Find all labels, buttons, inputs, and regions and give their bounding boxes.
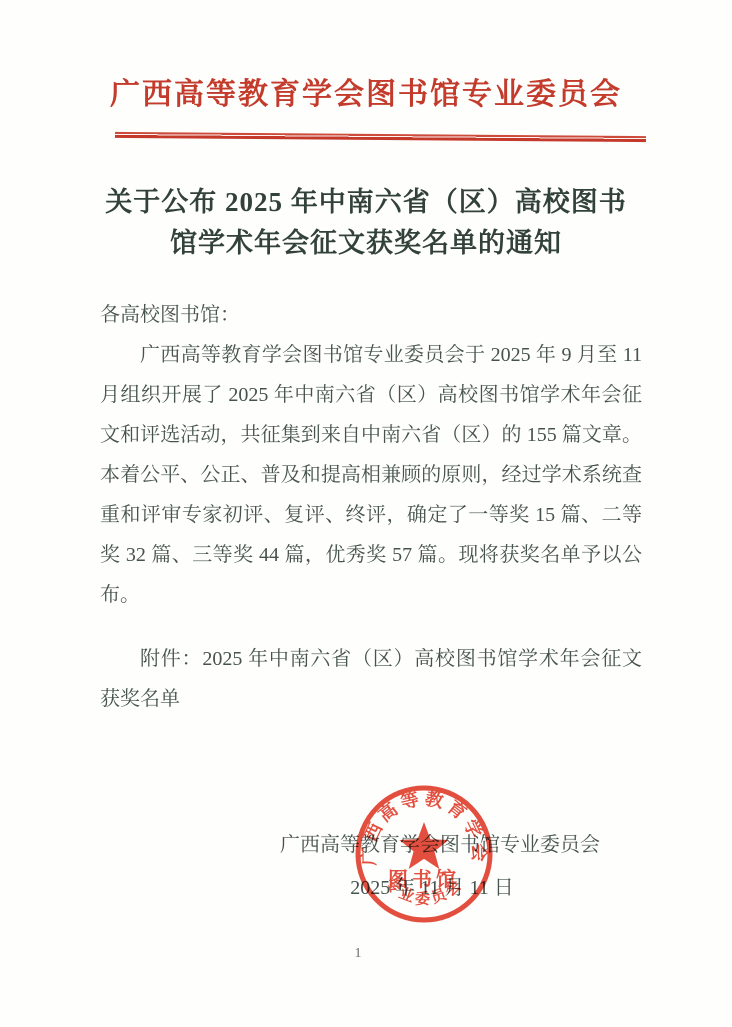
letterhead-divider bbox=[115, 132, 646, 142]
notice-title-line-1: 关于公布 2025 年中南六省（区）高校图书 bbox=[0, 182, 732, 223]
body-paragraph: 广西高等教育学会图书馆专业委员会于 2025 年 9 月至 11 月组织开展了 … bbox=[100, 335, 642, 615]
attachment-line: 附件：2025 年中南六省（区）高校图书馆学术年会征文获奖名单 bbox=[100, 639, 642, 719]
notice-title: 关于公布 2025 年中南六省（区）高校图书 馆学术年会征文获奖名单的通知 bbox=[0, 182, 732, 264]
signature-date: 2025 年 11 月 11 日 bbox=[332, 873, 532, 903]
signature-organization: 广西高等教育学会图书馆专业委员会 bbox=[280, 830, 600, 860]
page-number: 1 bbox=[0, 946, 716, 962]
salutation: 各高校图书馆： bbox=[100, 295, 642, 335]
notice-body: 各高校图书馆： 广西高等教育学会图书馆专业委员会于 2025 年 9 月至 11… bbox=[100, 295, 642, 719]
notice-title-line-2: 馆学术年会征文获奖名单的通知 bbox=[0, 223, 732, 264]
letterhead-title: 广西高等教育学会图书馆专业委员会 bbox=[0, 72, 732, 118]
document-page: 广西高等教育学会图书馆专业委员会 关于公布 2025 年中南六省（区）高校图书 … bbox=[0, 0, 732, 1027]
